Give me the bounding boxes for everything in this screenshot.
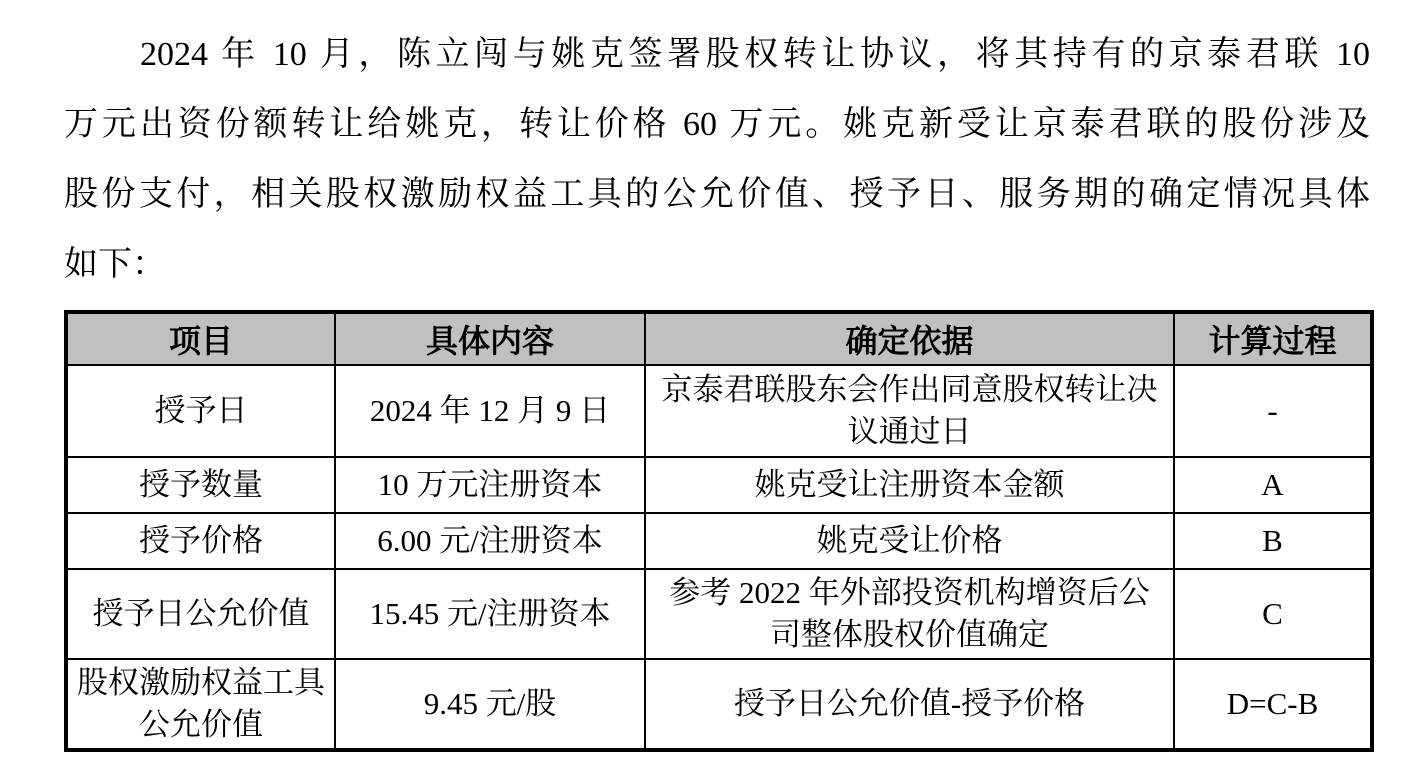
cell-item: 股权激励权益工具公允价值 xyxy=(66,659,335,750)
document-content: 2024 年 10 月，陈立闯与姚克签署股权转让协议，将其持有的京泰君联 10 … xyxy=(0,0,1428,752)
cell-calc: A xyxy=(1174,457,1372,513)
cell-basis: 参考 2022 年外部投资机构增资后公司整体股权价值确定 xyxy=(645,569,1174,659)
table-row: 股权激励权益工具公允价值 9.45 元/股 授予日公允价值-授予价格 D=C-B xyxy=(66,659,1372,750)
table-row: 授予日 2024 年 12 月 9 日 京泰君联股东会作出同意股权转让决议通过日… xyxy=(66,365,1372,457)
document-page: 2024 年 10 月，陈立闯与姚克签署股权转让协议，将其持有的京泰君联 10 … xyxy=(0,0,1428,768)
cell-calc: D=C-B xyxy=(1174,659,1372,750)
intro-paragraph: 2024 年 10 月，陈立闯与姚克签署股权转让协议，将其持有的京泰君联 10 … xyxy=(64,20,1370,300)
cell-content: 6.00 元/注册资本 xyxy=(335,513,645,569)
table-row: 授予价格 6.00 元/注册资本 姚克受让价格 B xyxy=(66,513,1372,569)
table-header-basis: 确定依据 xyxy=(645,312,1174,365)
cell-basis: 京泰君联股东会作出同意股权转让决议通过日 xyxy=(645,365,1174,457)
table-header-row: 项目 具体内容 确定依据 计算过程 xyxy=(66,312,1372,365)
cell-item: 授予数量 xyxy=(66,457,335,513)
cell-content: 9.45 元/股 xyxy=(335,659,645,750)
table-row: 授予数量 10 万元注册资本 姚克受让注册资本金额 A xyxy=(66,457,1372,513)
paragraph-line: 股份支付，相关股权激励权益工具的公允价值、授予日、服务期的确定情况具体 xyxy=(64,160,1370,230)
cell-item: 授予日 xyxy=(66,365,335,457)
paragraph-line: 万元出资份额转让给姚克，转让价格 60 万元。姚克新受让京泰君联的股份涉及 xyxy=(64,90,1370,160)
cell-basis: 姚克受让价格 xyxy=(645,513,1174,569)
cell-content: 15.45 元/注册资本 xyxy=(335,569,645,659)
cell-basis: 姚克受让注册资本金额 xyxy=(645,457,1174,513)
paragraph-line: 2024 年 10 月，陈立闯与姚克签署股权转让协议，将其持有的京泰君联 10 xyxy=(64,20,1370,90)
table-header-calc: 计算过程 xyxy=(1174,312,1372,365)
cell-calc: - xyxy=(1174,365,1372,457)
cell-calc: C xyxy=(1174,569,1372,659)
cell-item: 授予价格 xyxy=(66,513,335,569)
grant-info-table: 项目 具体内容 确定依据 计算过程 授予日 2024 年 12 月 9 日 京泰… xyxy=(64,310,1374,752)
paragraph-line: 如下： xyxy=(64,230,1370,300)
cell-item: 授予日公允价值 xyxy=(66,569,335,659)
cell-content: 10 万元注册资本 xyxy=(335,457,645,513)
table-header-item: 项目 xyxy=(66,312,335,365)
table-header-content: 具体内容 xyxy=(335,312,645,365)
cell-calc: B xyxy=(1174,513,1372,569)
cell-basis: 授予日公允价值-授予价格 xyxy=(645,659,1174,750)
table-row: 授予日公允价值 15.45 元/注册资本 参考 2022 年外部投资机构增资后公… xyxy=(66,569,1372,659)
cell-content: 2024 年 12 月 9 日 xyxy=(335,365,645,457)
